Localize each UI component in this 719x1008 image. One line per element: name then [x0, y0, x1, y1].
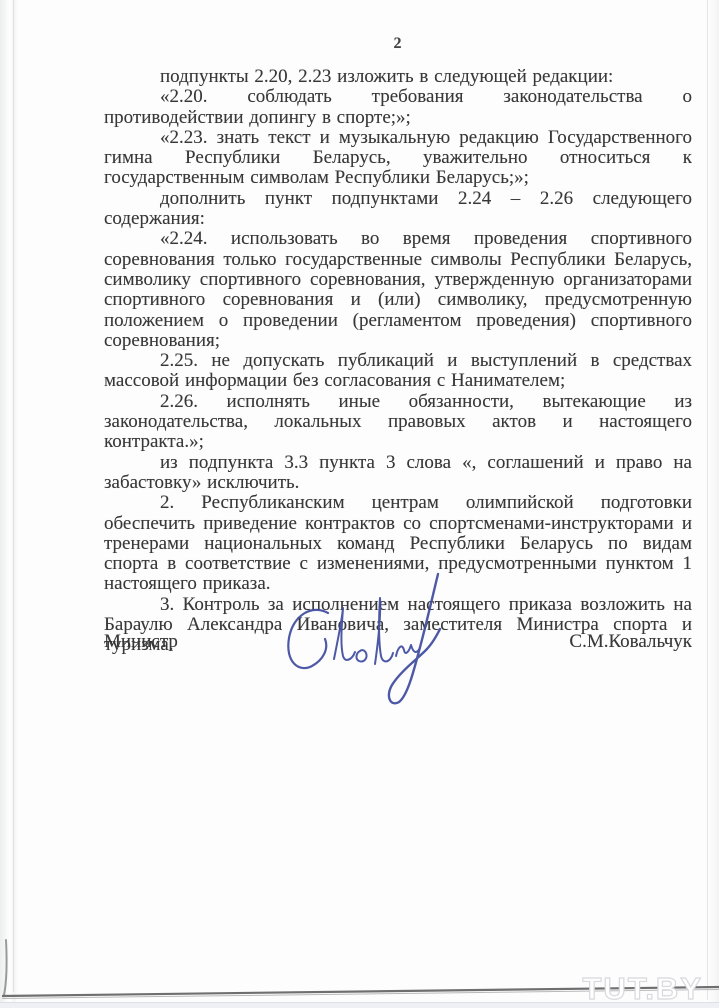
signatory-name: С.М.Ковальчук — [569, 631, 692, 653]
document-paragraph: из подпункта 3.3 пункта 3 слова «, согла… — [104, 453, 692, 494]
document-paragraph: «2.20. соблюдать требования законодатель… — [104, 87, 692, 128]
document-paragraph: «2.23. знать текст и музыкальную редакци… — [104, 128, 692, 189]
page-left-edge-shadow — [0, 0, 18, 1008]
page-left-edge-line — [13, 0, 14, 992]
document-paragraph: «2.24. использовать во время проведения … — [104, 229, 692, 351]
document-paragraph: дополнить пункт подпунктами 2.24 – 2.26 … — [104, 189, 692, 230]
scanned-document-page: 2 подпункты 2.20, 2.23 изложить в следую… — [0, 0, 719, 1008]
page-number: 2 — [104, 34, 692, 54]
signatory-title: Министр — [104, 631, 178, 653]
document-paragraph: подпункты 2.20, 2.23 изложить в следующе… — [104, 67, 692, 87]
document-paragraph: 2.25. не допускать публикаций и выступле… — [104, 351, 692, 392]
tutby-watermark: TUT.BY — [583, 971, 704, 1007]
document-paragraph: 2.26. исполнять иные обязанности, вытека… — [104, 392, 692, 453]
page-right-edge-line — [707, 0, 708, 1000]
handwritten-signature-ink — [268, 563, 458, 718]
